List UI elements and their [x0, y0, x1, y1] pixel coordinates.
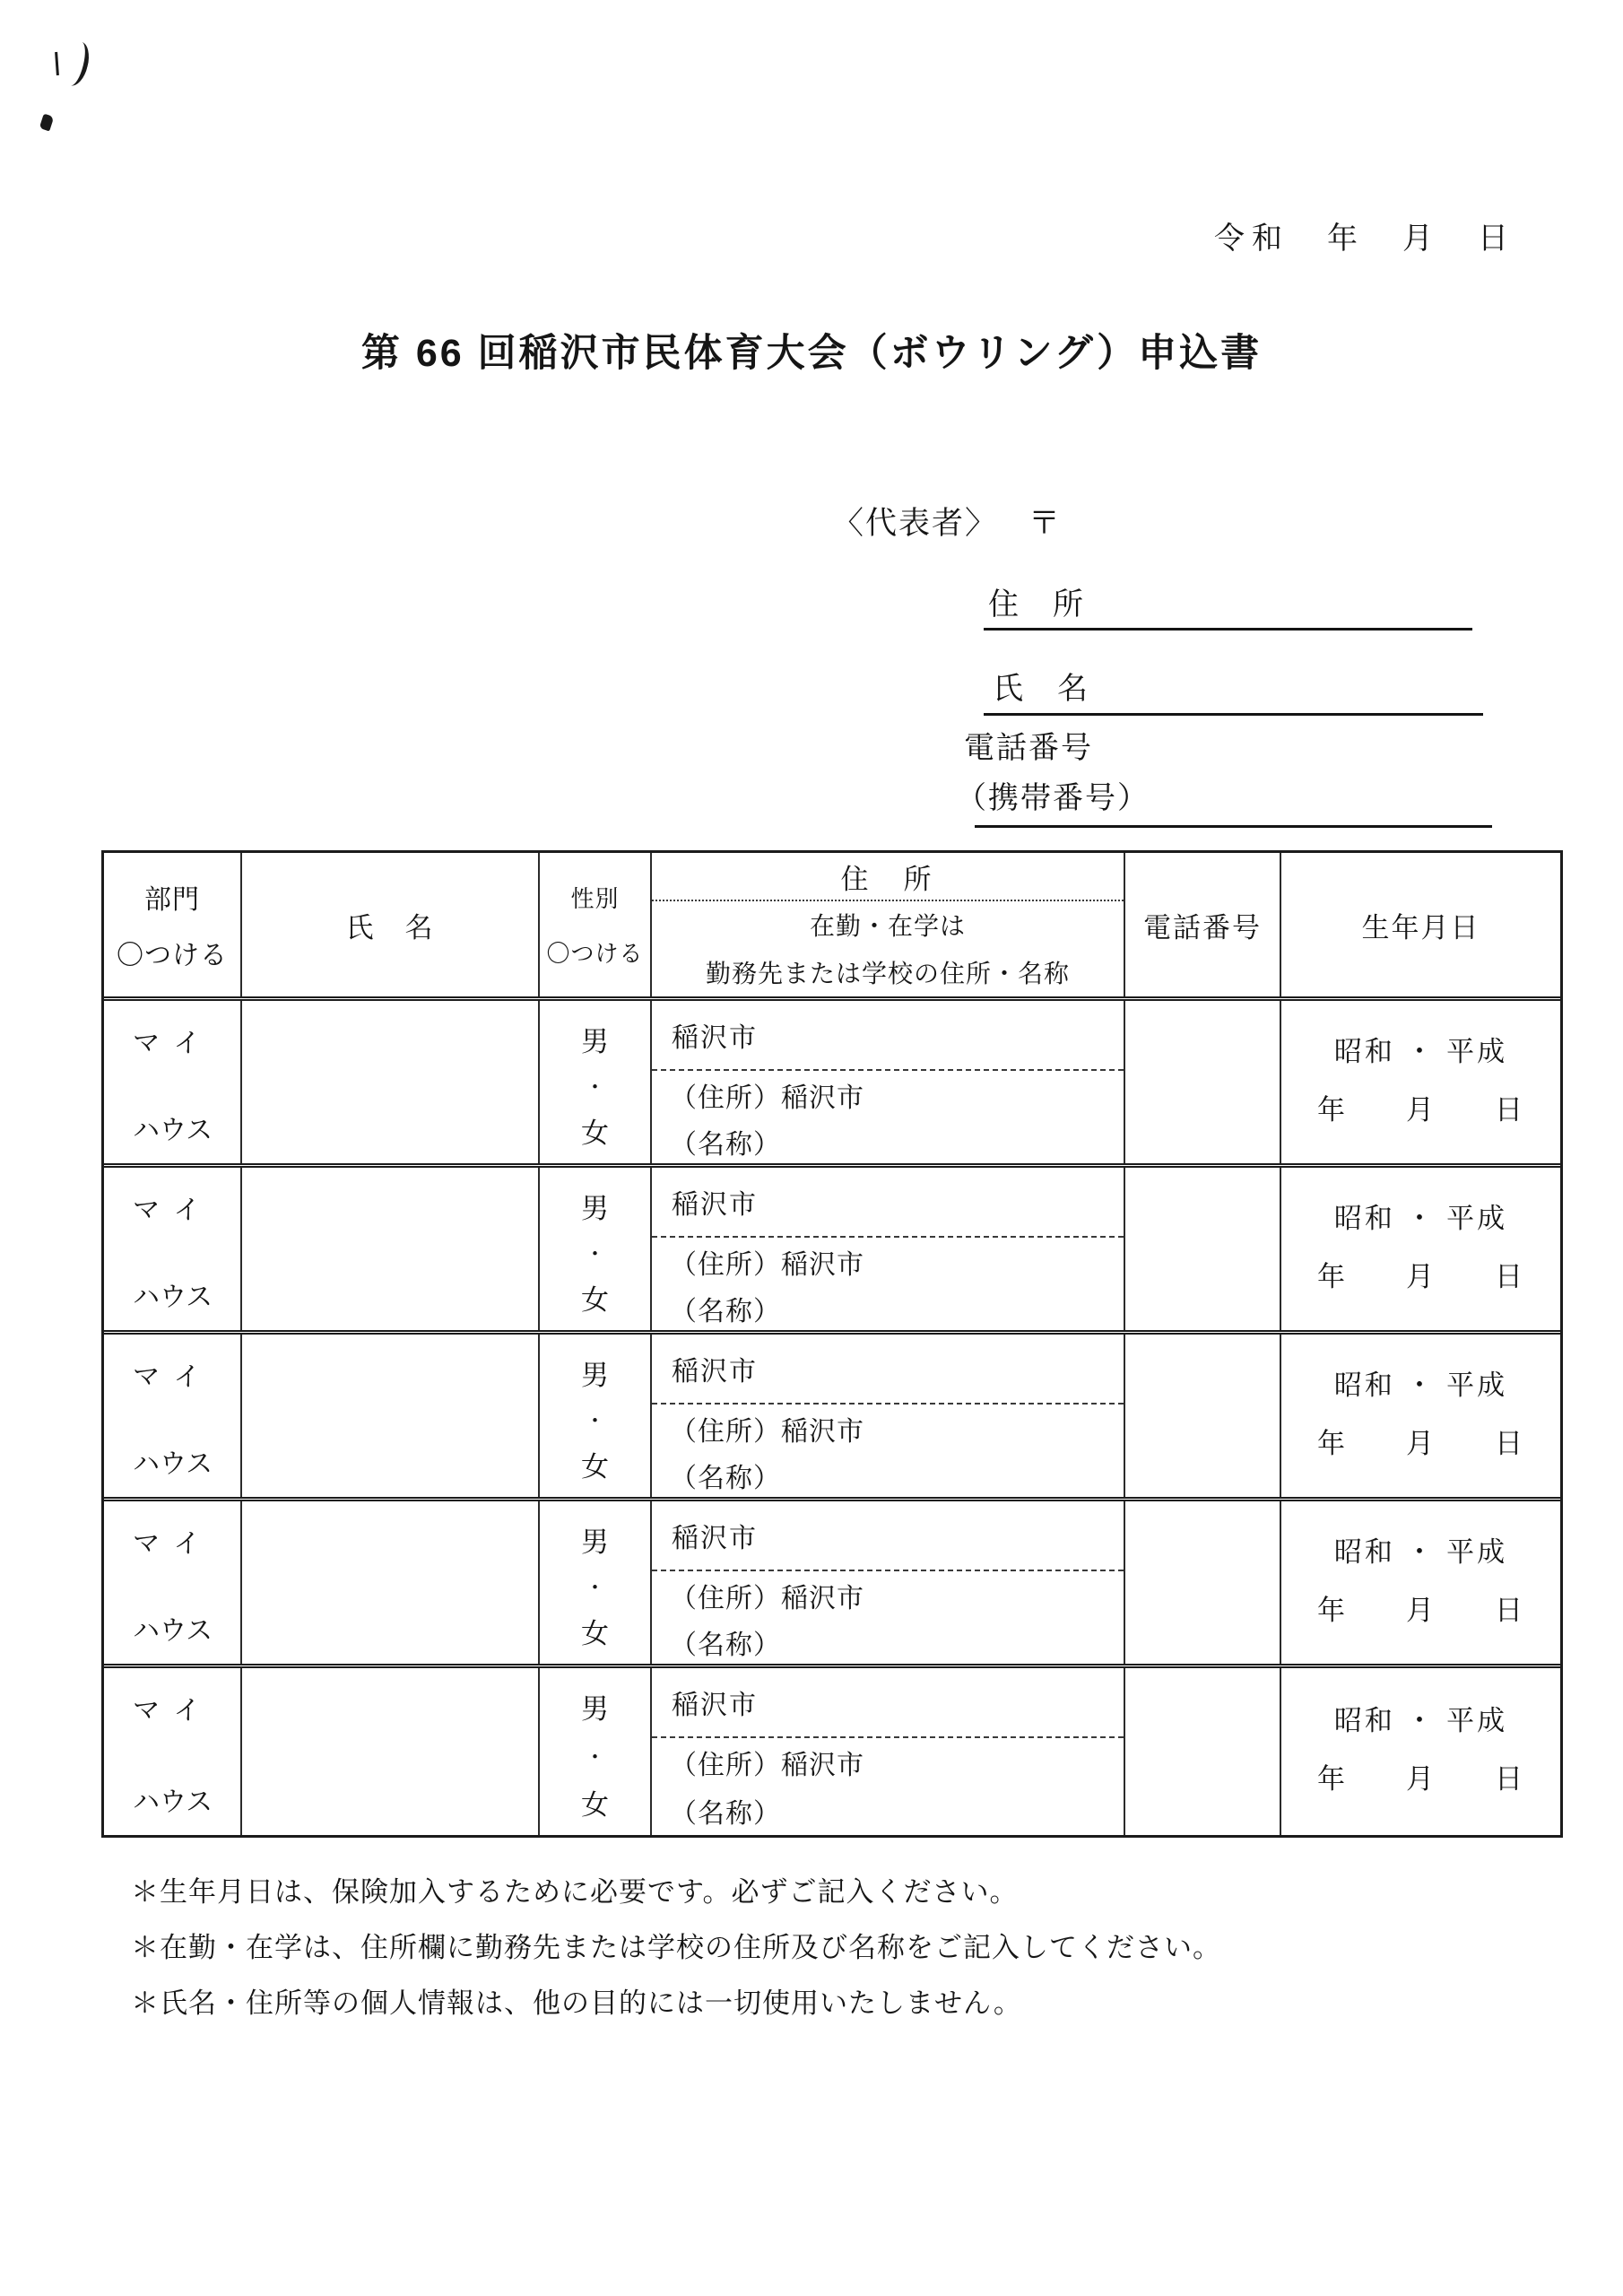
gender-separator-dot: ・	[585, 1236, 606, 1267]
gender-option-female: 女	[581, 1277, 609, 1318]
phone-cell-blank	[1125, 1668, 1281, 1835]
entry-table: 部門 〇つける 氏 名 性別 〇つける 住 所 在勤・在学は 勤務先または学校の…	[101, 850, 1563, 1838]
gender-option-male: 男	[581, 1352, 609, 1393]
address-city-line: 稲沢市	[652, 1668, 1124, 1738]
division-option-my: マイ	[133, 1688, 240, 1727]
birthdate-cell: 昭和 ・ 平成 年 月 日	[1281, 1335, 1560, 1497]
footnote-line: ＊氏名・住所等の個人情報は、他の目的には一切使用いたしません。	[131, 1984, 1221, 2039]
birth-ymd-line: 年 月 日	[1317, 1087, 1524, 1127]
birth-era-line: 昭和 ・ 平成	[1334, 1698, 1507, 1738]
rep-address-fill-line	[984, 628, 1472, 631]
birth-era-line: 昭和 ・ 平成	[1334, 1196, 1507, 1236]
page-title: 第 66 回稲沢市民体育大会（ボウリング）申込書	[0, 323, 1623, 378]
address-work-line: （住所）稲沢市	[652, 1405, 1124, 1453]
gender-cell: 男 ・ 女	[540, 1001, 652, 1163]
gender-separator-dot: ・	[585, 1069, 606, 1100]
gender-option-female: 女	[581, 1444, 609, 1484]
address-work-line: （住所）稲沢市	[652, 1071, 1124, 1119]
entry-row: マイ ハウス 男 ・ 女 稲沢市 （住所）稲沢市 （名称） 昭和 ・ 平成 年 …	[104, 1168, 1560, 1335]
scan-artifact-icon	[39, 114, 55, 132]
scan-artifact-icon	[55, 52, 59, 75]
division-option-house: ハウス	[133, 1274, 240, 1314]
division-option-house: ハウス	[133, 1608, 240, 1648]
division-option-my: マイ	[133, 1354, 240, 1394]
header-birthdate: 生年月日	[1281, 853, 1560, 996]
header-division-line1: 部門	[144, 877, 200, 917]
header-address: 住 所 在勤・在学は 勤務先または学校の住所・名称	[652, 853, 1125, 996]
gender-separator-dot: ・	[585, 1570, 606, 1601]
header-phone: 電話番号	[1125, 853, 1281, 996]
header-gender-line2: 〇つける	[546, 935, 643, 969]
gender-option-male: 男	[581, 1519, 609, 1560]
gender-cell: 男 ・ 女	[540, 1668, 652, 1835]
birth-era-line: 昭和 ・ 平成	[1334, 1362, 1507, 1403]
division-cell: マイ ハウス	[104, 1001, 242, 1163]
address-cell: 稲沢市 （住所）稲沢市 （名称）	[652, 1501, 1125, 1664]
phone-cell-blank	[1125, 1501, 1281, 1664]
rep-mobile-fill-line	[975, 825, 1492, 828]
address-city-line: 稲沢市	[652, 1001, 1124, 1071]
name-cell-blank	[242, 1501, 540, 1664]
gender-option-male: 男	[581, 1186, 609, 1226]
division-cell: マイ ハウス	[104, 1668, 242, 1835]
address-work-line: （住所）稲沢市	[652, 1238, 1124, 1286]
birth-era-line: 昭和 ・ 平成	[1334, 1529, 1507, 1570]
birthdate-cell: 昭和 ・ 平成 年 月 日	[1281, 1668, 1560, 1835]
birth-ymd-line: 年 月 日	[1317, 1254, 1524, 1294]
division-cell: マイ ハウス	[104, 1501, 242, 1664]
birthdate-cell: 昭和 ・ 平成 年 月 日	[1281, 1001, 1560, 1163]
rep-name-label: 氏 名	[993, 664, 1089, 708]
entry-row: マイ ハウス 男 ・ 女 稲沢市 （住所）稲沢市 （名称） 昭和 ・ 平成 年 …	[104, 1335, 1560, 1501]
entry-row: マイ ハウス 男 ・ 女 稲沢市 （住所）稲沢市 （名称） 昭和 ・ 平成 年 …	[104, 1668, 1560, 1835]
gender-option-female: 女	[581, 1110, 609, 1151]
address-city-line: 稲沢市	[652, 1501, 1124, 1571]
birth-ymd-line: 年 月 日	[1317, 1421, 1524, 1461]
birthdate-cell: 昭和 ・ 平成 年 月 日	[1281, 1501, 1560, 1664]
address-cell: 稲沢市 （住所）稲沢市 （名称）	[652, 1001, 1125, 1163]
name-cell-blank	[242, 1168, 540, 1330]
address-work-line: （住所）稲沢市	[652, 1571, 1124, 1620]
rep-phone-label: 電話番号	[964, 723, 1093, 767]
birth-ymd-line: 年 月 日	[1317, 1756, 1524, 1796]
header-address-title: 住 所	[652, 853, 1124, 901]
footnote-line: ＊生年月日は、保険加入するために必要です。必ずご記入ください。	[131, 1873, 1221, 1928]
header-gender: 性別 〇つける	[540, 853, 652, 996]
address-name-line: （名称）	[652, 1453, 1124, 1497]
name-cell-blank	[242, 1668, 540, 1835]
gender-option-male: 男	[581, 1686, 609, 1726]
division-option-house: ハウス	[133, 1779, 240, 1819]
gender-option-female: 女	[581, 1611, 609, 1651]
phone-cell-blank	[1125, 1168, 1281, 1330]
header-division: 部門 〇つける	[104, 853, 242, 996]
phone-cell-blank	[1125, 1335, 1281, 1497]
division-option-my: マイ	[133, 1021, 240, 1060]
address-cell: 稲沢市 （住所）稲沢市 （名称）	[652, 1168, 1125, 1330]
address-name-line: （名称）	[652, 1286, 1124, 1330]
entry-row: マイ ハウス 男 ・ 女 稲沢市 （住所）稲沢市 （名称） 昭和 ・ 平成 年 …	[104, 1001, 1560, 1168]
header-address-sub2: 勤務先または学校の住所・名称	[652, 948, 1124, 996]
gender-separator-dot: ・	[585, 1739, 606, 1770]
rep-address-label: 住 所	[988, 579, 1085, 623]
address-name-line: （名称）	[652, 1119, 1124, 1163]
table-header-row: 部門 〇つける 氏 名 性別 〇つける 住 所 在勤・在学は 勤務先または学校の…	[104, 853, 1560, 1001]
table-body: マイ ハウス 男 ・ 女 稲沢市 （住所）稲沢市 （名称） 昭和 ・ 平成 年 …	[104, 1001, 1560, 1835]
date-line: 令和 年 月 日	[1214, 213, 1515, 257]
birthdate-cell: 昭和 ・ 平成 年 月 日	[1281, 1168, 1560, 1330]
postal-mark: 〒	[1028, 499, 1062, 544]
address-cell: 稲沢市 （住所）稲沢市 （名称）	[652, 1335, 1125, 1497]
address-city-line: 稲沢市	[652, 1335, 1124, 1405]
division-option-my: マイ	[133, 1521, 240, 1561]
header-division-line2: 〇つける	[117, 933, 228, 972]
phone-cell-blank	[1125, 1001, 1281, 1163]
entry-row: マイ ハウス 男 ・ 女 稲沢市 （住所）稲沢市 （名称） 昭和 ・ 平成 年 …	[104, 1501, 1560, 1668]
footnotes: ＊生年月日は、保険加入するために必要です。必ずご記入ください。 ＊在勤・在学は、…	[131, 1873, 1221, 2039]
scan-artifact-icon	[59, 39, 92, 89]
header-gender-line1: 性別	[570, 881, 619, 914]
representative-heading: 〈代表者〉 〒	[832, 499, 1062, 544]
address-work-line: （住所）稲沢市	[652, 1738, 1124, 1787]
header-address-sub1: 在勤・在学は	[652, 901, 1124, 948]
rep-mobile-label: （携帯番号）	[956, 773, 1150, 817]
rep-name-fill-line	[984, 713, 1483, 716]
header-name: 氏 名	[242, 853, 540, 996]
address-name-line: （名称）	[652, 1620, 1124, 1664]
gender-option-female: 女	[581, 1782, 609, 1822]
address-city-line: 稲沢市	[652, 1168, 1124, 1238]
representative-label: 〈代表者〉	[832, 499, 998, 544]
birth-era-line: 昭和 ・ 平成	[1334, 1029, 1507, 1069]
division-cell: マイ ハウス	[104, 1335, 242, 1497]
scanned-application-form-page: 令和 年 月 日 第 66 回稲沢市民体育大会（ボウリング）申込書 〈代表者〉 …	[0, 0, 1623, 2296]
gender-option-male: 男	[581, 1019, 609, 1059]
gender-cell: 男 ・ 女	[540, 1501, 652, 1664]
division-cell: マイ ハウス	[104, 1168, 242, 1330]
division-option-my: マイ	[133, 1187, 240, 1227]
name-cell-blank	[242, 1335, 540, 1497]
division-option-house: ハウス	[133, 1441, 240, 1481]
birth-ymd-line: 年 月 日	[1317, 1587, 1524, 1628]
address-name-line: （名称）	[652, 1787, 1124, 1835]
gender-cell: 男 ・ 女	[540, 1335, 652, 1497]
division-option-house: ハウス	[133, 1108, 240, 1147]
gender-separator-dot: ・	[585, 1403, 606, 1434]
gender-cell: 男 ・ 女	[540, 1168, 652, 1330]
name-cell-blank	[242, 1001, 540, 1163]
address-cell: 稲沢市 （住所）稲沢市 （名称）	[652, 1668, 1125, 1835]
footnote-line: ＊在勤・在学は、住所欄に勤務先または学校の住所及び名称をご記入してください。	[131, 1928, 1221, 1984]
